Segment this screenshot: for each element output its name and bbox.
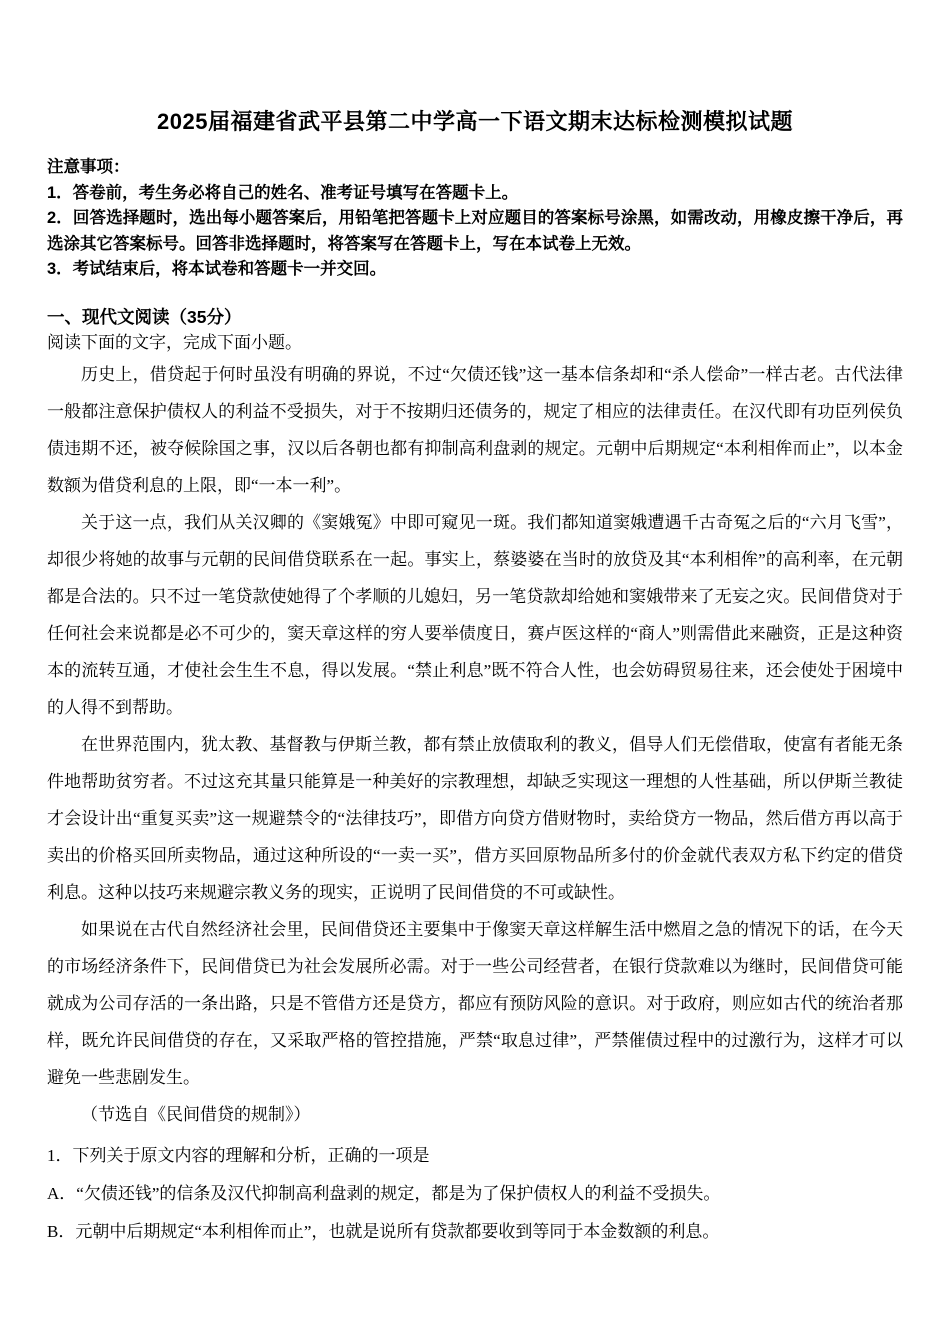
notice-item-3: 3．考试结束后，将本试卷和答题卡一并交回。 (47, 257, 903, 283)
passage-paragraph-4: 如果说在古代自然经济社会里，民间借贷还主要集中于像窦天章这样解生活中燃眉之急的情… (47, 911, 903, 1096)
passage-paragraph-1: 历史上，借贷起于何时虽没有明确的界说，不过“欠债还钱”这一基本信条却和“杀人偿命… (47, 356, 903, 504)
passage-paragraph-2: 关于这一点，我们从关汉卿的《窦娥冤》中即可窥见一斑。我们都知道窦娥遭遇千古奇冤之… (47, 504, 903, 726)
question-1-option-a: A．“欠债还钱”的信条及汉代抑制高利盘剥的规定，都是为了保护债权人的利益不受损失… (47, 1175, 903, 1213)
section-heading-modern-reading: 一、现代文阅读（35分） (47, 305, 903, 329)
reading-instruction: 阅读下面的文字，完成下面小题。 (47, 331, 903, 355)
notices-section: 注意事项： 1．答卷前，考生务必将自己的姓名、准考证号填写在答题卡上。 2．回答… (47, 155, 903, 283)
source-note: （节选自《民间借贷的规制》） (47, 1096, 903, 1133)
notice-item-2: 2．回答选择题时，选出每小题答案后，用铅笔把答题卡上对应题目的答案标号涂黑，如需… (47, 206, 903, 257)
question-1-option-b: B．元朝中后期规定“本利相侔而止”，也就是说所有贷款都要收到等同于本金数额的利息… (47, 1213, 903, 1251)
passage-paragraph-3: 在世界范围内，犹太教、基督教与伊斯兰教，都有禁止放债取利的教义，倡导人们无偿借取… (47, 726, 903, 911)
question-1-stem: 1．下列关于原文内容的理解和分析，正确的一项是 (47, 1137, 903, 1175)
notice-item-1: 1．答卷前，考生务必将自己的姓名、准考证号填写在答题卡上。 (47, 181, 903, 207)
notices-heading: 注意事项： (47, 155, 903, 181)
reading-passage: 历史上，借贷起于何时虽没有明确的界说，不过“欠债还钱”这一基本信条却和“杀人偿命… (47, 356, 903, 1133)
question-1: 1．下列关于原文内容的理解和分析，正确的一项是 A．“欠债还钱”的信条及汉代抑制… (47, 1137, 903, 1251)
page-title: 2025届福建省武平县第二中学高一下语文期末达标检测模拟试题 (47, 108, 903, 136)
exam-paper-page: 2025届福建省武平县第二中学高一下语文期末达标检测模拟试题 注意事项： 1．答… (0, 0, 950, 1344)
